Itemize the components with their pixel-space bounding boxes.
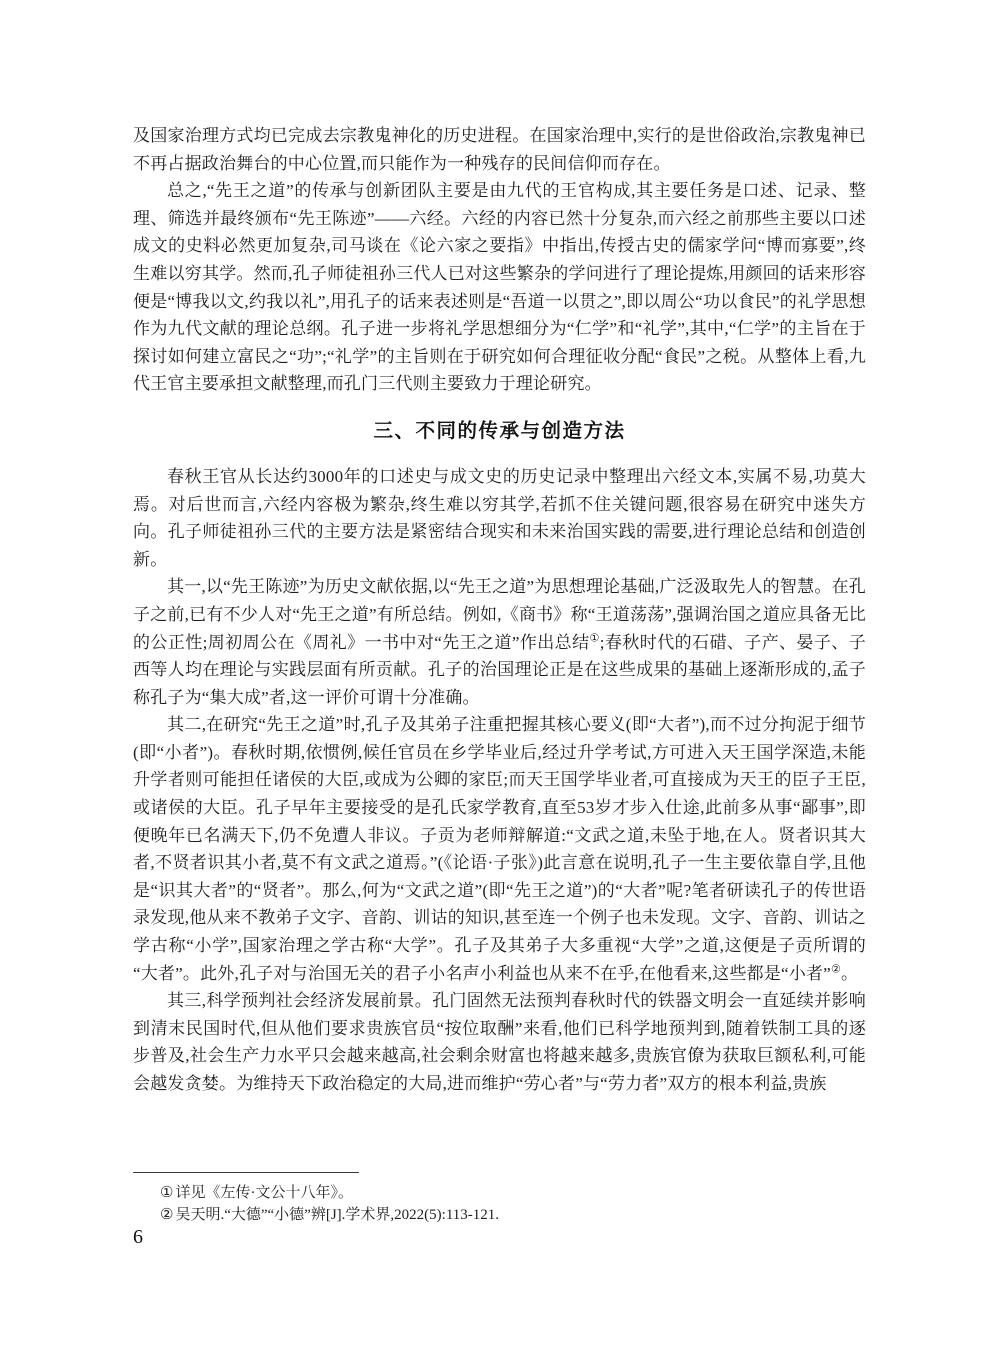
body-paragraph-first-point: 其一,以“先王陈迹”为历史文献依据,以“先王之道”为思想理论基础,广泛汲取先人的… <box>133 573 866 711</box>
footnote-1-text: 详见《左传·文公十八年》。 <box>175 1185 353 1201</box>
paragraph-text: 。 <box>841 964 858 983</box>
body-paragraph-continuation: 及国家治理方式均已完成去宗教鬼神化的历史进程。在国家治理中,实行的是世俗政治,宗… <box>133 122 866 177</box>
footnote-2: ②吴天明.“大德”“小德”辨[J].学术界,2022(5):113-121. <box>133 1205 866 1227</box>
footnote-2-marker: ② <box>160 1207 173 1223</box>
body-paragraph-third-point: 其三,科学预判社会经济发展前景。孔门固然无法预判春秋时代的铁器文明会一直延续并影… <box>133 987 866 1097</box>
footnote-ref-1: ① <box>590 632 600 644</box>
section-heading: 三、不同的传承与创造方法 <box>133 415 866 443</box>
body-paragraph-method-intro: 春秋王官从长达约3000年的口述史与成文史的历史记录中整理出六经文本,实属不易,… <box>133 463 866 573</box>
footnote-separator <box>133 1172 359 1173</box>
footnote-1: ①详见《左传·文公十八年》。 <box>133 1183 866 1205</box>
footnote-1-marker: ① <box>160 1185 173 1201</box>
paragraph-text: 其二,在研究“先王之道”时,孔子及其弟子注重把握其核心要义(即“大者”),而不过… <box>133 715 866 982</box>
body-paragraph-second-point: 其二,在研究“先王之道”时,孔子及其弟子注重把握其核心要义(即“大者”),而不过… <box>133 711 866 987</box>
page-number: 6 <box>133 1226 143 1249</box>
footnote-ref-2: ② <box>831 963 841 975</box>
page-body: 及国家治理方式均已完成去宗教鬼神化的历史进程。在国家治理中,实行的是世俗政治,宗… <box>133 122 866 1098</box>
footnote-area: ①详见《左传·文公十八年》。 ②吴天明.“大德”“小德”辨[J].学术界,202… <box>133 1172 866 1226</box>
journal-page: 及国家治理方式均已完成去宗教鬼神化的历史进程。在国家治理中,实行的是世俗政治,宗… <box>0 0 1000 1347</box>
body-paragraph-summary: 总之,“先王之道”的传承与创新团队主要是由九代的王官构成,其主要任务是口述、记录… <box>133 177 866 398</box>
footnote-2-text: 吴天明.“大德”“小德”辨[J].学术界,2022(5):113-121. <box>175 1207 499 1223</box>
